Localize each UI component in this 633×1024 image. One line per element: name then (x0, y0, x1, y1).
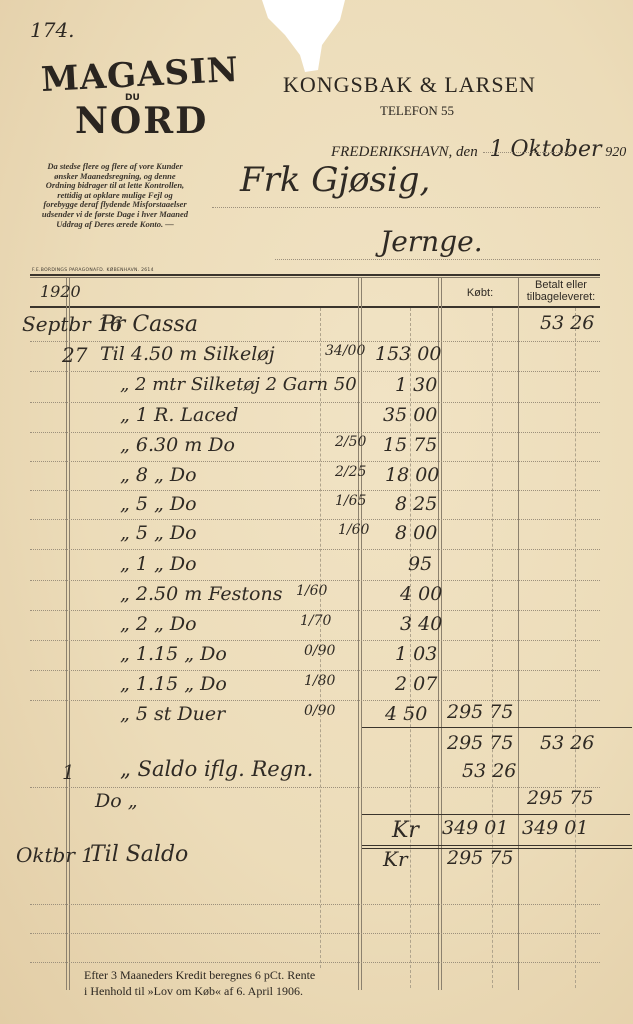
row-rate: 1/80 (304, 673, 335, 689)
row-amount: 95 (408, 553, 432, 575)
place-prefix: FREDERIKSHAVN, den (331, 144, 478, 160)
row-description: „ 8 „ Do (120, 464, 197, 486)
ledger-year: 1920 (40, 282, 81, 301)
row-amount: 15 75 (383, 434, 437, 456)
totals-paid: 349 01 (522, 817, 588, 839)
balance-description: Do „ (95, 790, 138, 812)
balance-description: „ Saldo iflg. Regn. (120, 757, 313, 781)
balance-paid: 295 75 (527, 787, 593, 809)
archive-number: 174. (30, 18, 75, 42)
firm-name: KONGSBAK & LARSEN (283, 72, 536, 98)
printer-line: F.E.BORDINGS PARAGONAFD. KØBENHAVN. 2614 (32, 268, 154, 273)
row-amount: 1 03 (395, 643, 437, 665)
row-amount: 153 00 (375, 343, 441, 365)
year-suffix: 920 (605, 145, 626, 160)
carry-bought: 295 75 (447, 847, 513, 869)
row-rate: 2/25 (335, 464, 366, 480)
row-description: Pr Cassa (100, 312, 198, 337)
row-description: „ 5 st Duer (120, 703, 225, 725)
logo-magasin: MAGASIN (29, 49, 251, 100)
row-description: Til 4.50 m Silkeløj (100, 343, 275, 365)
row-description: „ 5 „ Do (120, 522, 197, 544)
row-rate: 1/70 (300, 613, 331, 629)
totals-mark: Kr (392, 818, 419, 843)
row-amount: 35 00 (383, 404, 437, 426)
place-date: FREDERIKSHAVN, den 1 Oktober 920 (331, 137, 626, 162)
row-rate: 1/60 (296, 583, 327, 599)
row-description: „ 5 „ Do (120, 493, 197, 515)
balance-date: 1 (62, 760, 75, 784)
interest-terms: Efter 3 Maaneders Kredit beregnes 6 pCt.… (84, 967, 315, 999)
row-description: „ 2 „ Do (120, 613, 197, 635)
monthly-statement-notice: Da stedse flere og flere af vore Kunder … (40, 162, 190, 229)
row-description: „ 1.15 „ Do (120, 643, 227, 665)
telephone: TELEFON 55 (380, 103, 454, 119)
row-amount: 8 25 (395, 493, 437, 515)
row-rate: 0/90 (304, 643, 335, 659)
recipient-place: Jernge. (380, 225, 483, 258)
subtotal-bought: 295 75 (447, 732, 513, 754)
row-rate: 2/50 (335, 434, 366, 450)
row-bought: 295 75 (447, 701, 513, 723)
row-amount: 8 00 (395, 522, 437, 544)
carry-date: Oktbr 1 (16, 843, 94, 867)
row-rate: 34/00 (325, 343, 365, 359)
header-bought: Købt: (445, 287, 515, 299)
interest-terms-line1: Efter 3 Maaneders Kredit beregnes 6 pCt.… (84, 967, 315, 983)
row-description: „ 1 „ Do (120, 553, 197, 575)
header-paid: Betalt eller tilbageleveret: (521, 279, 601, 303)
totals-bought: 349 01 (442, 817, 508, 839)
row-description: „ 2 mtr Silketøj 2 Garn 50 (120, 374, 357, 395)
row-rate: 1/65 (335, 493, 366, 509)
logo-nord: NORD (75, 100, 208, 142)
interest-terms-line2: i Henhold til »Lov om Køb« af 6. April 1… (84, 983, 315, 999)
balance-bought: 53 26 (462, 760, 516, 782)
row-description: „ 1 R. Laced (120, 404, 238, 426)
row-amount: 2 07 (395, 673, 437, 695)
row-paid: 53 26 (540, 312, 594, 334)
row-amount: 1 30 (395, 374, 437, 396)
carry-mark: Kr (383, 847, 408, 871)
row-date: 27 (62, 343, 87, 367)
carry-description: Til Saldo (90, 842, 188, 867)
row-amount: 18 00 (385, 464, 439, 486)
row-description: „ 2.50 m Festons (120, 583, 282, 605)
row-amount: 4 00 (400, 583, 442, 605)
row-description: „ 1.15 „ Do (120, 673, 227, 695)
row-rate: 1/60 (338, 522, 369, 538)
recipient-name: Frk Gjøsig, (240, 160, 430, 200)
row-description: „ 6.30 m Do (120, 434, 235, 456)
row-amount: 4 50 (385, 703, 427, 725)
date-handwritten: 1 Oktober (489, 137, 601, 162)
invoice-document: 174. MAGASIN DU NORD KONGSBAK & LARSEN T… (0, 0, 633, 1024)
row-amount: 3 40 (400, 613, 442, 635)
subtotal-paid: 53 26 (540, 732, 594, 754)
row-rate: 0/90 (304, 703, 335, 719)
